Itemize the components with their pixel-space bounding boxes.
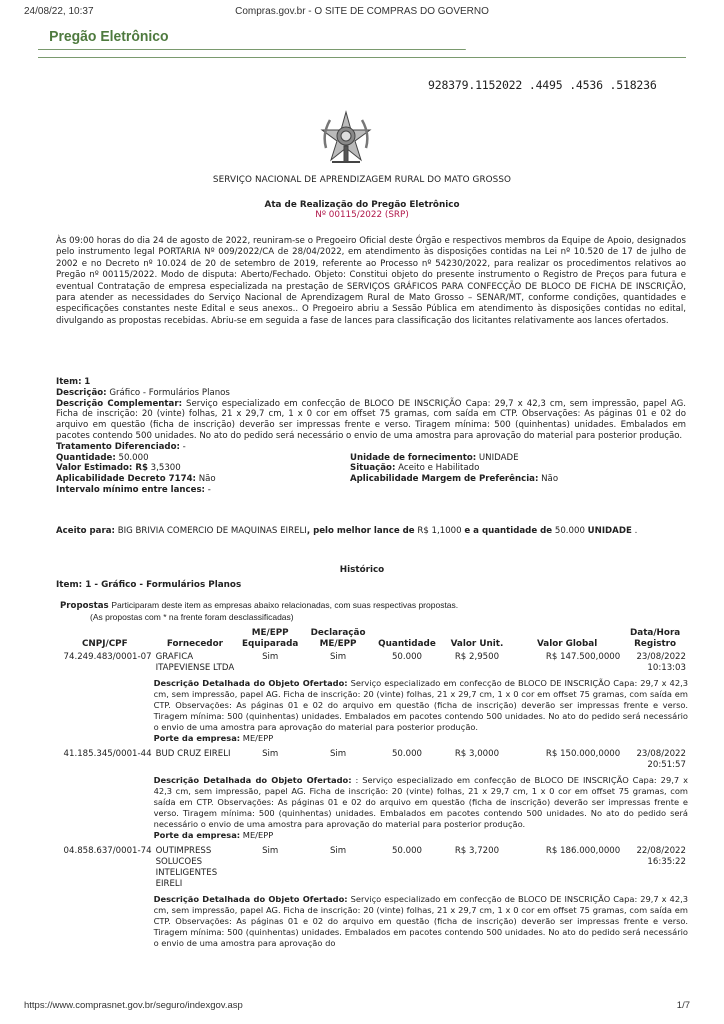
cell-quantidade: 50.000 [372,749,442,771]
cell-fornecedor: GRAFICA ITAPEVIENSE LTDA [154,652,237,674]
situacao-value: Aceito e Habilitado [398,463,479,473]
accept-mid: , pelo melhor lance de [307,526,415,536]
cell-valor-global: R$ 186.000,0000 [512,846,622,890]
desc-detail-label: Descrição Detalhada do Objeto Ofertado: [154,775,352,785]
header-quantidade: Quantidade [372,628,442,652]
cell-data: 23/08/2022 [624,652,686,663]
propostas-section: Propostas Participaram deste item as emp… [60,600,458,622]
cell-declaracao: Sim [304,846,372,890]
offer-description: Descrição Detalhada do Objeto Ofertado: … [154,674,688,749]
cell-data-hora: 22/08/202216:35:22 [622,846,688,890]
accept-price: R$ 1,1000 [417,526,461,536]
propostas-label: Propostas [60,601,109,611]
print-page-title: Compras.gov.br - O SITE DE COMPRAS DO GO… [0,6,724,17]
porte-value: ME/EPP [243,830,273,840]
cell-data-hora: 23/08/202220:51:57 [622,749,688,771]
cell-fornecedor: BUD CRUZ EIRELI [154,749,237,771]
accept-unit: UNIDADE [588,526,632,536]
table-row: 41.185.345/0001-44BUD CRUZ EIRELISimSim5… [56,749,688,771]
historico-title: Histórico [0,565,724,575]
brazil-coat-of-arms-icon [316,108,376,168]
accept-statement: Aceito para: BIG BRIVIA COMERCIO DE MAQU… [56,526,686,537]
propostas-note: (As propostas com * na frente foram desc… [60,612,458,623]
header-fornecedor: Fornecedor [154,628,237,652]
cell-quantidade: 50.000 [372,846,442,890]
cell-valor-global: R$ 147.500,0000 [512,652,622,674]
desc-comp-label: Descrição Complementar: [56,399,182,409]
table-row-detail: Descrição Detalhada do Objeto Ofertado: … [56,674,688,749]
cell-cnpj: 74.249.483/0001-07 [56,652,154,674]
tratamento-label: Tratamento Diferenciado: [56,442,180,452]
page-number: 1/7 [677,1000,690,1011]
brand-title: Pregão Eletrônico [38,28,466,50]
accept-supplier: BIG BRIVIA COMERCIO DE MAQUINAS EIRELI [118,526,307,536]
descricao-value: Gráfico - Formulários Planos [109,388,230,398]
cell-me-epp: Sim [236,749,304,771]
cell-hora: 10:13:03 [624,663,686,674]
organization-name: SERVIÇO NACIONAL DE APRENDIZAGEM RURAL D… [0,175,724,185]
unidade-label: Unidade de fornecimento: [350,453,476,463]
ata-title: Ata de Realização do Pregão Eletrônico [0,200,724,210]
print-url: https://www.comprasnet.gov.br/seguro/ind… [24,1000,243,1011]
cell-quantidade: 50.000 [372,652,442,674]
valor-estimado-label: Valor Estimado: R$ [56,463,148,473]
item-number: 1 [84,377,90,387]
proposals-table: CNPJ/CPF Fornecedor ME/EPP Equiparada De… [56,628,688,954]
cell-cnpj: 04.858.637/0001-74 [56,846,154,890]
accept-end: . [635,526,638,536]
margem-label: Aplicabilidade Margem de Preferência: [350,474,538,484]
table-row: 74.249.483/0001-07GRAFICA ITAPEVIENSE LT… [56,652,688,674]
valor-estimado-value: 3,5300 [151,463,181,473]
table-row-detail: Descrição Detalhada do Objeto Ofertado: … [56,771,688,846]
desc-detail-label: Descrição Detalhada do Objeto Ofertado: [154,894,348,904]
header-valor-global: Valor Global [512,628,622,652]
cell-valor-unit: R$ 3,0000 [442,749,512,771]
cell-data-hora: 23/08/202210:13:03 [622,652,688,674]
offer-description: Descrição Detalhada do Objeto Ofertado: … [154,771,688,846]
ata-number: Nº 00115/2022 (SRP) [0,210,724,220]
header-data-hora: Data/Hora Registro [622,628,688,652]
cell-me-epp: Sim [236,846,304,890]
decreto-label: Aplicabilidade Decreto 7174: [56,474,196,484]
cell-cnpj: 41.185.345/0001-44 [56,749,154,771]
header-valor-unit: Valor Unit. [442,628,512,652]
cell-fornecedor: OUTIMPRESS SOLUCOES INTELIGENTES EIRELI [154,846,237,890]
table-row-detail: Descrição Detalhada do Objeto Ofertado: … [56,890,688,954]
header-declaracao: Declaração ME/EPP [304,628,372,652]
accept-qty-label: e a quantidade de [464,526,552,536]
quantidade-label: Quantidade: [56,453,116,463]
cell-hora: 20:51:57 [624,760,686,771]
document-code: 928379.1152022 .4495 .4536 .518236 [428,78,657,92]
decreto-value: Não [199,474,216,484]
cell-declaracao: Sim [304,749,372,771]
margem-value: Não [541,474,558,484]
cell-data: 23/08/2022 [624,749,686,760]
unidade-value: UNIDADE [479,453,519,463]
quantidade-value: 50.000 [119,453,149,463]
header-me-epp: ME/EPP Equiparada [236,628,304,652]
cell-me-epp: Sim [236,652,304,674]
porte-label: Porte da empresa: [154,733,241,743]
porte-value: ME/EPP [243,733,273,743]
intro-paragraph: Às 09:00 horas do dia 24 de agosto de 20… [56,236,686,327]
descricao-label: Descrição: [56,388,107,398]
item-label: Item: [56,377,82,387]
porte-label: Porte da empresa: [154,830,241,840]
accept-label: Aceito para: [56,526,115,536]
situacao-label: Situação: [350,463,395,473]
historico-item-title: Item: 1 - Gráfico - Formulários Planos [56,580,241,590]
accept-qty: 50.000 [555,526,585,536]
propostas-text: Participaram deste item as empresas abai… [111,600,458,610]
item-details: Item: 1 Descrição: Gráfico - Formulários… [56,377,686,496]
intervalo-label: Intervalo mínimo entre lances: [56,485,205,495]
header-cnpj: CNPJ/CPF [56,628,154,652]
cell-hora: 16:35:22 [624,857,686,868]
cell-valor-global: R$ 150.000,0000 [512,749,622,771]
cell-valor-unit: R$ 2,9500 [442,652,512,674]
brand-divider [38,57,686,58]
intervalo-value: - [208,485,211,495]
cell-declaracao: Sim [304,652,372,674]
tratamento-value: - [183,442,186,452]
cell-valor-unit: R$ 3,7200 [442,846,512,890]
desc-detail-label: Descrição Detalhada do Objeto Ofertado: [154,678,348,688]
offer-description: Descrição Detalhada do Objeto Ofertado: … [154,890,688,954]
table-row: 04.858.637/0001-74OUTIMPRESS SOLUCOES IN… [56,846,688,890]
cell-data: 22/08/2022 [624,846,686,857]
table-header-row: CNPJ/CPF Fornecedor ME/EPP Equiparada De… [56,628,688,652]
